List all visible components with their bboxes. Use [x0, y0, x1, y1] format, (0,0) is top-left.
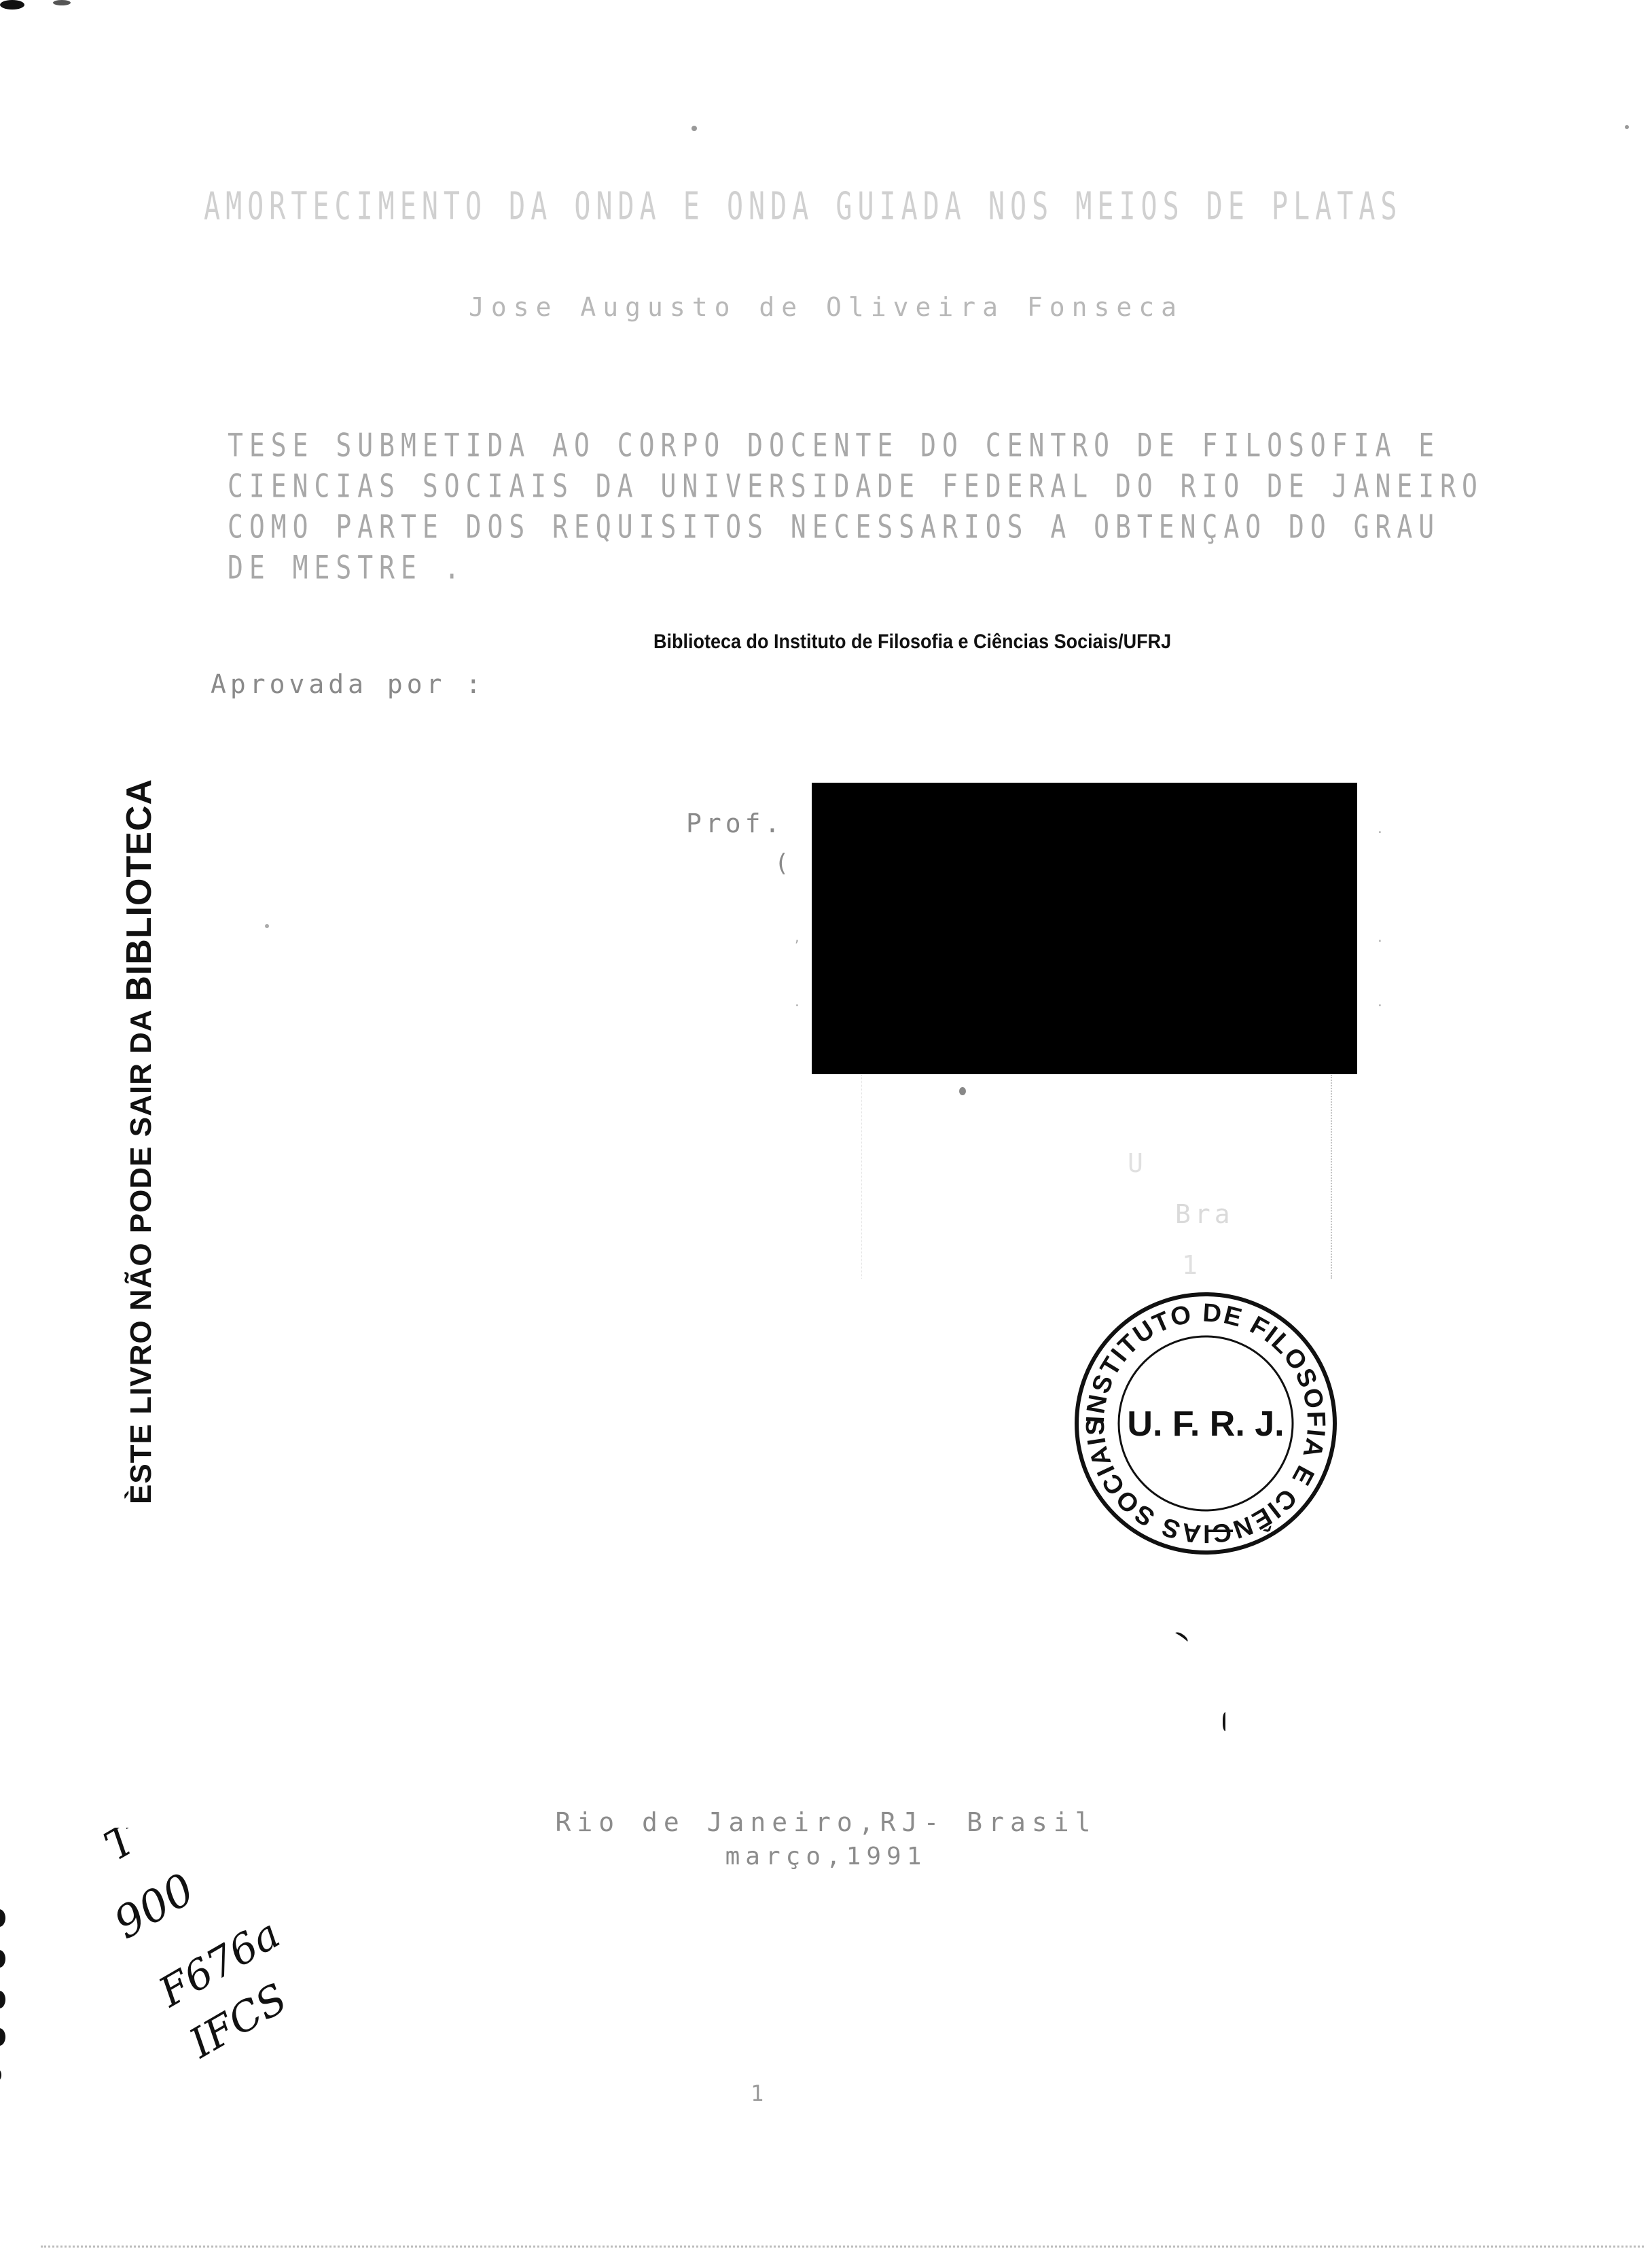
library-stamp-line: Biblioteca do Instituto de Filosofia e C…	[653, 631, 1171, 654]
stamp-dash: —	[1208, 1515, 1233, 1543]
examiner-paren: (	[774, 849, 793, 877]
ghost-text: U	[1128, 1148, 1147, 1178]
library-notice-text: ÈSTE LIVRO NÃO PODE SAIR DA	[124, 1010, 158, 1504]
thesis-line: CIENCIAS SOCIAIS DA UNIVERSIDADE FEDERAL…	[228, 465, 1484, 506]
ghost-text: 1	[1182, 1250, 1202, 1280]
scan-artifact	[692, 126, 697, 131]
page-number: 1	[751, 2080, 768, 2106]
library-notice-vertical: ÈSTE LIVRO NÃO PODE SAIR DA BIBLIOTECA	[119, 779, 160, 1504]
margin-mark: .	[1376, 822, 1384, 836]
library-notice-emphasis: BIBLIOTECA	[120, 779, 159, 1001]
pen-mark	[1173, 1631, 1189, 1645]
ghost-text: Bra	[1175, 1199, 1234, 1229]
margin-mark: .	[1376, 931, 1384, 945]
handwritten-call-number: T 900 F676a IFCS	[88, 1828, 346, 2072]
redaction-box	[812, 783, 1357, 1074]
binding-punch-mark	[0, 2069, 1, 2081]
scan-artifact	[53, 0, 71, 5]
examiner-prefix: Prof.	[686, 809, 784, 838]
stamp-center-text: U. F. R. J.	[1127, 1404, 1284, 1444]
ufrj-circular-stamp: INSTITUTO DE FILOSOFIA E CIÊNCIAS SOCIAI…	[1070, 1288, 1342, 1559]
call-number-line: T	[97, 1828, 147, 1870]
approved-by-label: Aprovada por :	[211, 669, 485, 699]
binding-punch-mark	[0, 2028, 5, 2046]
binding-punch-mark	[0, 1991, 5, 2008]
pen-mark	[1223, 1712, 1229, 1731]
thesis-line: COMO PARTE DOS REQUISITOS NECESSARIOS A …	[228, 506, 1484, 547]
margin-mark: .	[793, 995, 801, 1010]
margin-mark: ,	[793, 931, 801, 945]
author-name: Jose Augusto de Oliveira Fonseca	[0, 292, 1652, 322]
thesis-line: TESE SUBMETIDA AO CORPO DOCENTE DO CENTR…	[228, 425, 1484, 465]
thesis-statement: TESE SUBMETIDA AO CORPO DOCENTE DO CENTR…	[228, 425, 1484, 588]
scan-artifact	[0, 0, 24, 10]
ghost-signature-box	[861, 1075, 1332, 1279]
call-number-line: 900	[106, 1864, 203, 1949]
binding-punch-mark	[0, 1950, 5, 1968]
page-bottom-edge	[41, 2246, 1644, 2250]
scan-artifact	[1625, 125, 1629, 129]
binding-punch-mark	[0, 1909, 5, 1927]
margin-mark: .	[1376, 995, 1384, 1010]
scan-artifact	[265, 924, 269, 928]
thesis-title: AMORTECIMENTO DA ONDA E ONDA GUIADA NOS …	[204, 185, 1426, 228]
thesis-line: DE MESTRE .	[228, 547, 1484, 588]
